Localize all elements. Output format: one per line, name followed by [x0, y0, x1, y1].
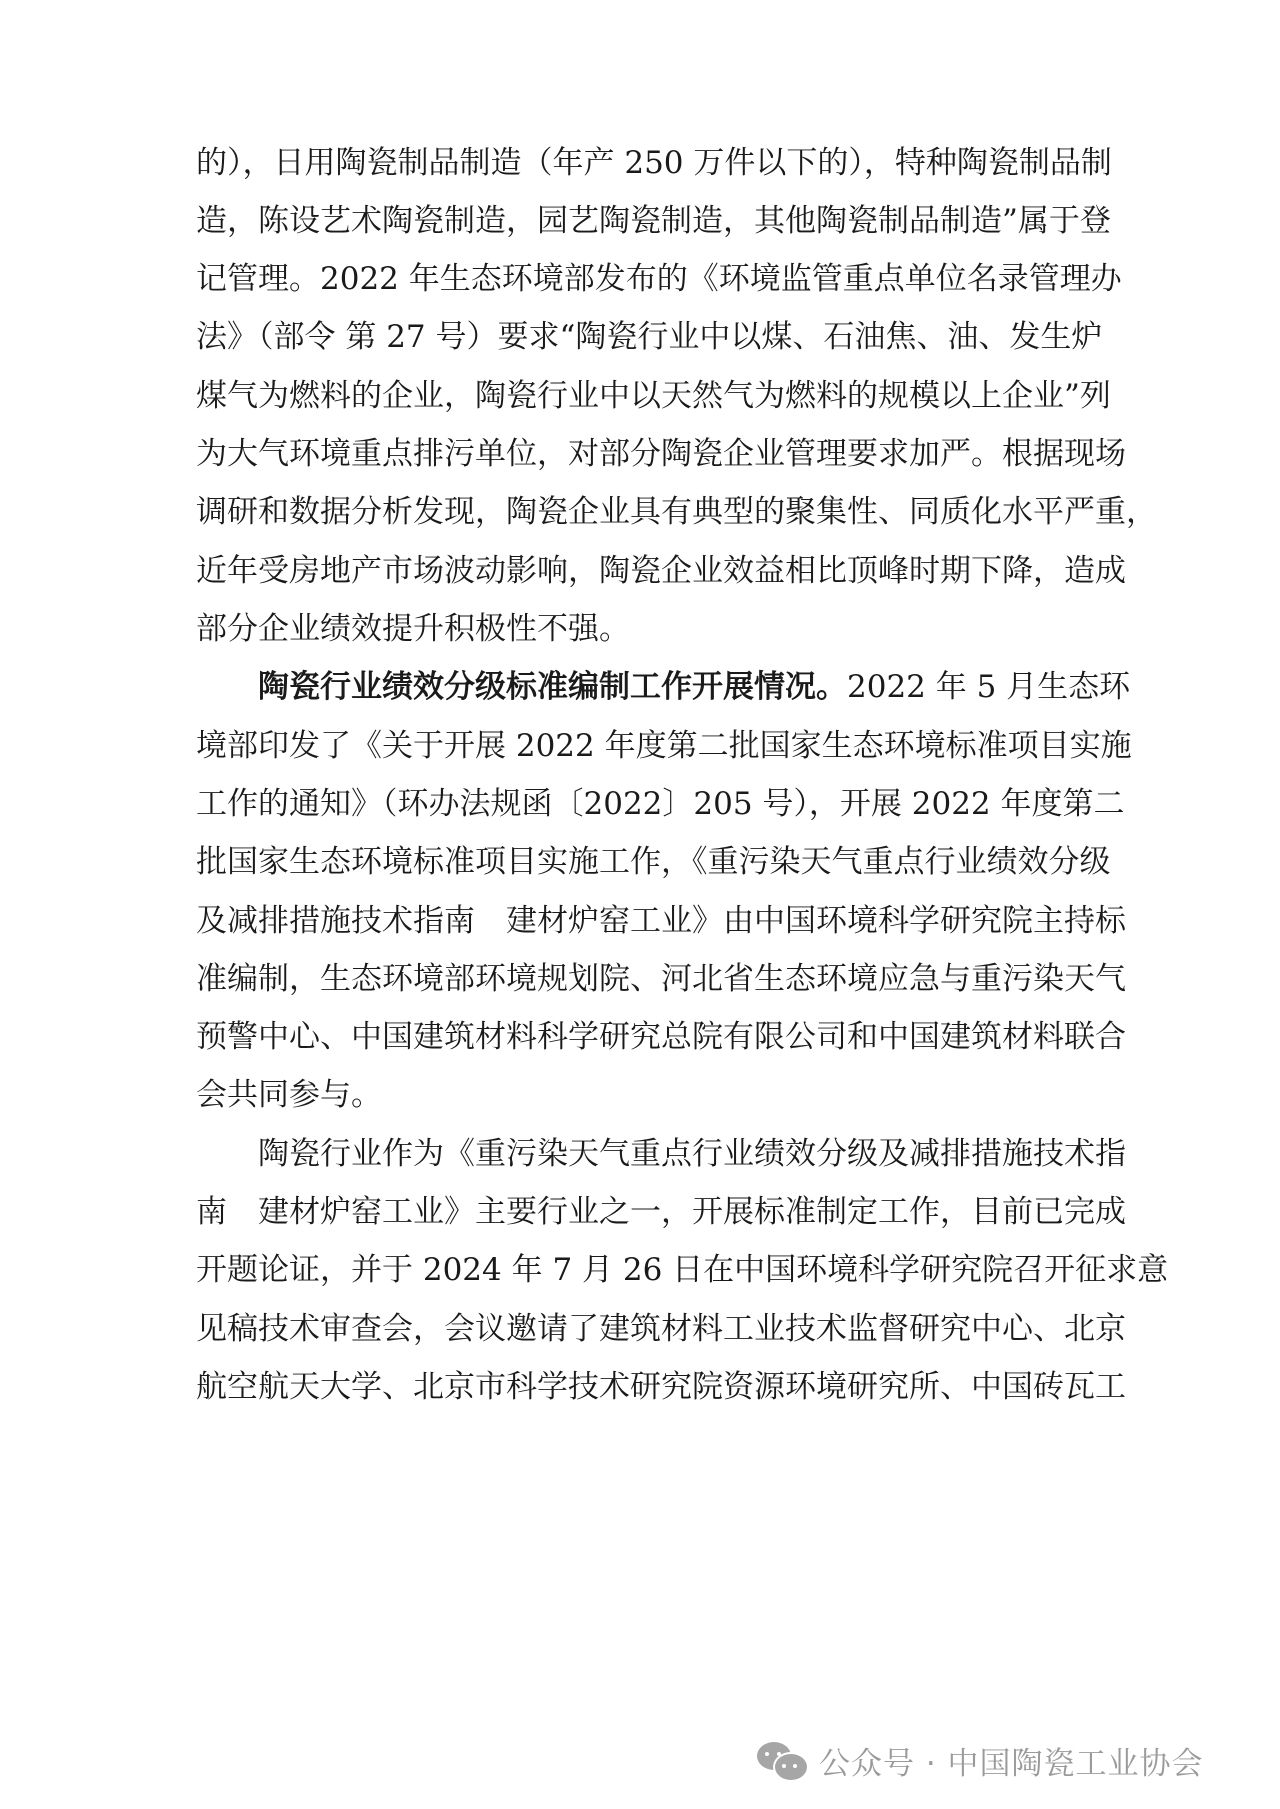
section-heading: 陶瓷行业绩效分级标准编制工作开展情况。 — [258, 669, 847, 705]
wechat-watermark: 公众号 · 中国陶瓷工业协会 — [757, 1736, 1204, 1784]
heading-continuation: 2022 年 5 月生态环 — [847, 669, 1130, 705]
text-line: 会共同参与。 — [196, 1075, 1092, 1115]
text-line: 调研和数据分析发现，陶瓷企业具有典型的聚集性、同质化水平严重， — [196, 492, 1092, 532]
text-line: 工作的通知》（环办法规函〔2022〕205 号），开展 2022 年度第二 — [196, 784, 1092, 824]
text-line: 为大气环境重点排污单位，对部分陶瓷企业管理要求加严。根据现场 — [196, 434, 1092, 474]
text-line: 陶瓷行业作为《重污染天气重点行业绩效分级及减排措施技术指 — [258, 1134, 1092, 1174]
text-line: 境部印发了《关于开展 2022 年度第二批国家生态环境标准项目实施 — [196, 726, 1092, 766]
text-line: 煤气为燃料的企业，陶瓷行业中以天然气为燃料的规模以上企业”列 — [196, 376, 1092, 416]
text-line: 开题论证，并于 2024 年 7 月 26 日在中国环境科学研究院召开征求意 — [196, 1250, 1092, 1290]
text-line: 批国家生态环境标准项目实施工作，《重污染天气重点行业绩效分级 — [196, 842, 1092, 882]
document-page: 的），日用陶瓷制品制造（年产 250 万件以下的），特种陶瓷制品制 造，陈设艺术… — [0, 0, 1280, 1809]
watermark-text: 公众号 · 中国陶瓷工业协会 — [819, 1738, 1204, 1783]
text-line: 记管理。2022 年生态环境部发布的《环境监管重点单位名录管理办 — [196, 259, 1092, 299]
wechat-icon — [757, 1740, 809, 1780]
text-line: 近年受房地产市场波动影响，陶瓷企业效益相比顶峰时期下降，造成 — [196, 551, 1092, 591]
text-line: 预警中心、中国建筑材料科学研究总院有限公司和中国建筑材料联合 — [196, 1017, 1092, 1057]
text-line: 准编制，生态环境部环境规划院、河北省生态环境应急与重污染天气 — [196, 959, 1092, 999]
text-line: 南 建材炉窑工业》主要行业之一，开展标准制定工作，目前已完成 — [196, 1192, 1092, 1232]
text-line: 法》（部令 第 27 号）要求“陶瓷行业中以煤、石油焦、油、发生炉 — [196, 317, 1092, 357]
text-line: 航空航天大学、北京市科学技术研究院资源环境研究所、中国砖瓦工 — [196, 1367, 1092, 1407]
text-line: 的），日用陶瓷制品制造（年产 250 万件以下的），特种陶瓷制品制 — [196, 143, 1092, 183]
text-line: 造，陈设艺术陶瓷制造，园艺陶瓷制造，其他陶瓷制品制造”属于登 — [196, 201, 1092, 241]
text-line: 部分企业绩效提升积极性不强。 — [196, 609, 1092, 649]
paragraph-heading-line: 陶瓷行业绩效分级标准编制工作开展情况。2022 年 5 月生态环 — [258, 667, 1092, 707]
text-line: 及减排措施技术指南 建材炉窑工业》由中国环境科学研究院主持标 — [196, 901, 1092, 941]
text-line: 见稿技术审查会，会议邀请了建筑材料工业技术监督研究中心、北京 — [196, 1309, 1092, 1349]
